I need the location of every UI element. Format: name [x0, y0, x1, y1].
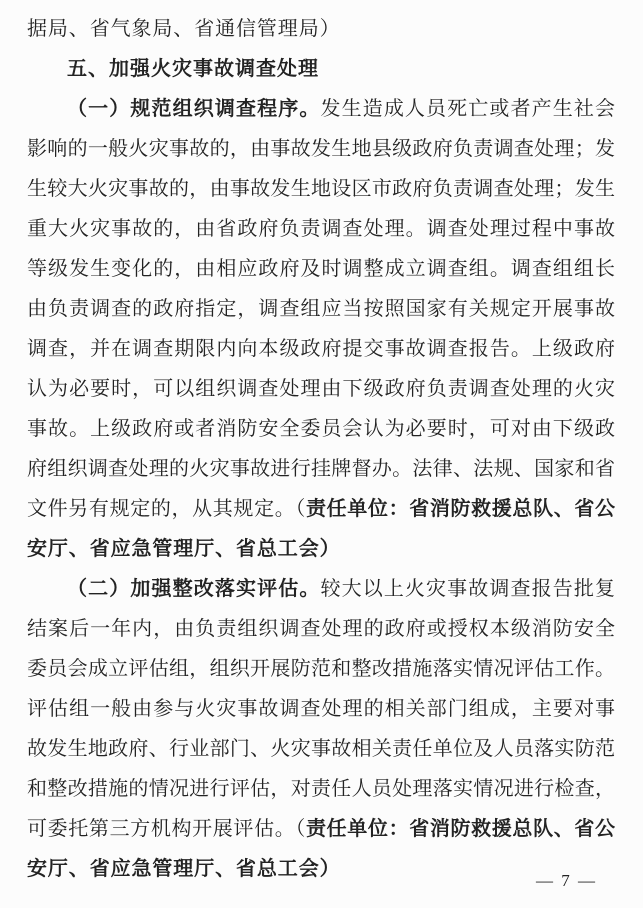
paragraph-lead-text: （二）加强整改落实评估。 [67, 578, 320, 600]
text-line: 评估组一般由参与火灾事故调查处理的相关部门组成，主要对事 [0, 689, 643, 729]
text-line: 委员会成立评估组，组织开展防范和整改措施落实情况评估工作。 [0, 649, 643, 689]
text-line: 调查，并在调查期限内向本级政府提交事故调查报告。上级政府 [0, 329, 643, 369]
body-text: 委员会成立评估组，组织开展防范和整改措施落实情况评估工作。 [27, 658, 615, 680]
text-line: 安厅、省应急管理厅、省总工会） [0, 529, 643, 569]
body-text: 认为必要时，可以组织调查处理由下级政府负责调查处理的火灾 [27, 378, 615, 400]
text-line: 和整改措施的情况进行评估，对责任人员处理落实情况进行检查， [0, 769, 643, 809]
body-text: 调查，并在调查期限内向本级政府提交事故调查报告。上级政府 [27, 338, 615, 360]
body-text: 和整改措施的情况进行评估，对责任人员处理落实情况进行检查， [27, 778, 615, 800]
responsible-unit-text: 安厅、省应急管理厅、省总工会） [27, 538, 341, 560]
body-text: 较大以上火灾事故调查报告批复 [320, 578, 615, 600]
body-text: 故发生地政府、行业部门、火灾事故相关责任单位及人员落实防范 [27, 738, 615, 760]
body-text: 影响的一般火灾事故的，由事故发生地县级政府负责调查处理；发 [27, 138, 615, 160]
document-body: 据局、省气象局、省通信管理局）五、加强火灾事故调查处理（一）规范组织调查程序。发… [0, 0, 643, 889]
text-line: 重大火灾事故的，由省政府负责调查处理。调查处理过程中事故 [0, 209, 643, 249]
body-text: 可委托第三方机构开展评估。（ [27, 818, 306, 840]
body-text: 等级发生变化的，由相应政府及时调整成立调查组。调查组组长 [27, 258, 615, 280]
text-line: （二）加强整改落实评估。较大以上火灾事故调查报告批复 [0, 569, 643, 609]
body-text: 结案后一年内，由负责组织调查处理的政府或授权本级消防安全 [27, 618, 615, 640]
responsible-unit-text: 安厅、省应急管理厅、省总工会） [27, 858, 341, 880]
text-line: 影响的一般火灾事故的，由事故发生地县级政府负责调查处理；发 [0, 129, 643, 169]
text-line: 可委托第三方机构开展评估。（责任单位：省消防救援总队、省公 [0, 809, 643, 849]
text-line: 生较大火灾事故的，由事故发生地设区市政府负责调查处理；发生 [0, 169, 643, 209]
body-text: 生较大火灾事故的，由事故发生地设区市政府负责调查处理；发生 [27, 178, 615, 200]
text-line: 文件另有规定的，从其规定。（责任单位：省消防救援总队、省公 [0, 489, 643, 529]
document-page: 据局、省气象局、省通信管理局）五、加强火灾事故调查处理（一）规范组织调查程序。发… [0, 0, 643, 908]
text-line: 由负责调查的政府指定，调查组应当按照国家有关规定开展事故 [0, 289, 643, 329]
body-text: 发生造成人员死亡或者产生社会 [320, 98, 615, 120]
paragraph-lead-text: 五、加强火灾事故调查处理 [67, 58, 319, 80]
responsible-unit-text: 责任单位：省消防救援总队、省公 [306, 498, 615, 520]
section-heading: 五、加强火灾事故调查处理 [0, 49, 643, 89]
text-line: 结案后一年内，由负责组织调查处理的政府或授权本级消防安全 [0, 609, 643, 649]
body-text: 文件另有规定的，从其规定。（ [27, 498, 306, 520]
text-line: 据局、省气象局、省通信管理局） [0, 9, 643, 49]
responsible-unit-text: 责任单位：省消防救援总队、省公 [306, 818, 615, 840]
text-line: 等级发生变化的，由相应政府及时调整成立调查组。调查组组长 [0, 249, 643, 289]
text-line: 故发生地政府、行业部门、火灾事故相关责任单位及人员落实防范 [0, 729, 643, 769]
text-line: 事故。上级政府或者消防安全委员会认为必要时，可对由下级政 [0, 409, 643, 449]
text-line: 认为必要时，可以组织调查处理由下级政府负责调查处理的火灾 [0, 369, 643, 409]
page-number: — 7 — [536, 870, 597, 892]
body-text: 据局、省气象局、省通信管理局） [27, 18, 341, 40]
body-text: 由负责调查的政府指定，调查组应当按照国家有关规定开展事故 [27, 298, 615, 320]
body-text: 评估组一般由参与火灾事故调查处理的相关部门组成，主要对事 [27, 698, 615, 720]
body-text: 府组织调查处理的火灾事故进行挂牌督办。法律、法规、国家和省 [27, 458, 615, 480]
text-line: （一）规范组织调查程序。发生造成人员死亡或者产生社会 [0, 89, 643, 129]
paragraph-lead-text: （一）规范组织调查程序。 [67, 98, 320, 120]
text-line: 府组织调查处理的火灾事故进行挂牌督办。法律、法规、国家和省 [0, 449, 643, 489]
body-text: 事故。上级政府或者消防安全委员会认为必要时，可对由下级政 [27, 418, 615, 440]
body-text: 重大火灾事故的，由省政府负责调查处理。调查处理过程中事故 [27, 218, 615, 240]
